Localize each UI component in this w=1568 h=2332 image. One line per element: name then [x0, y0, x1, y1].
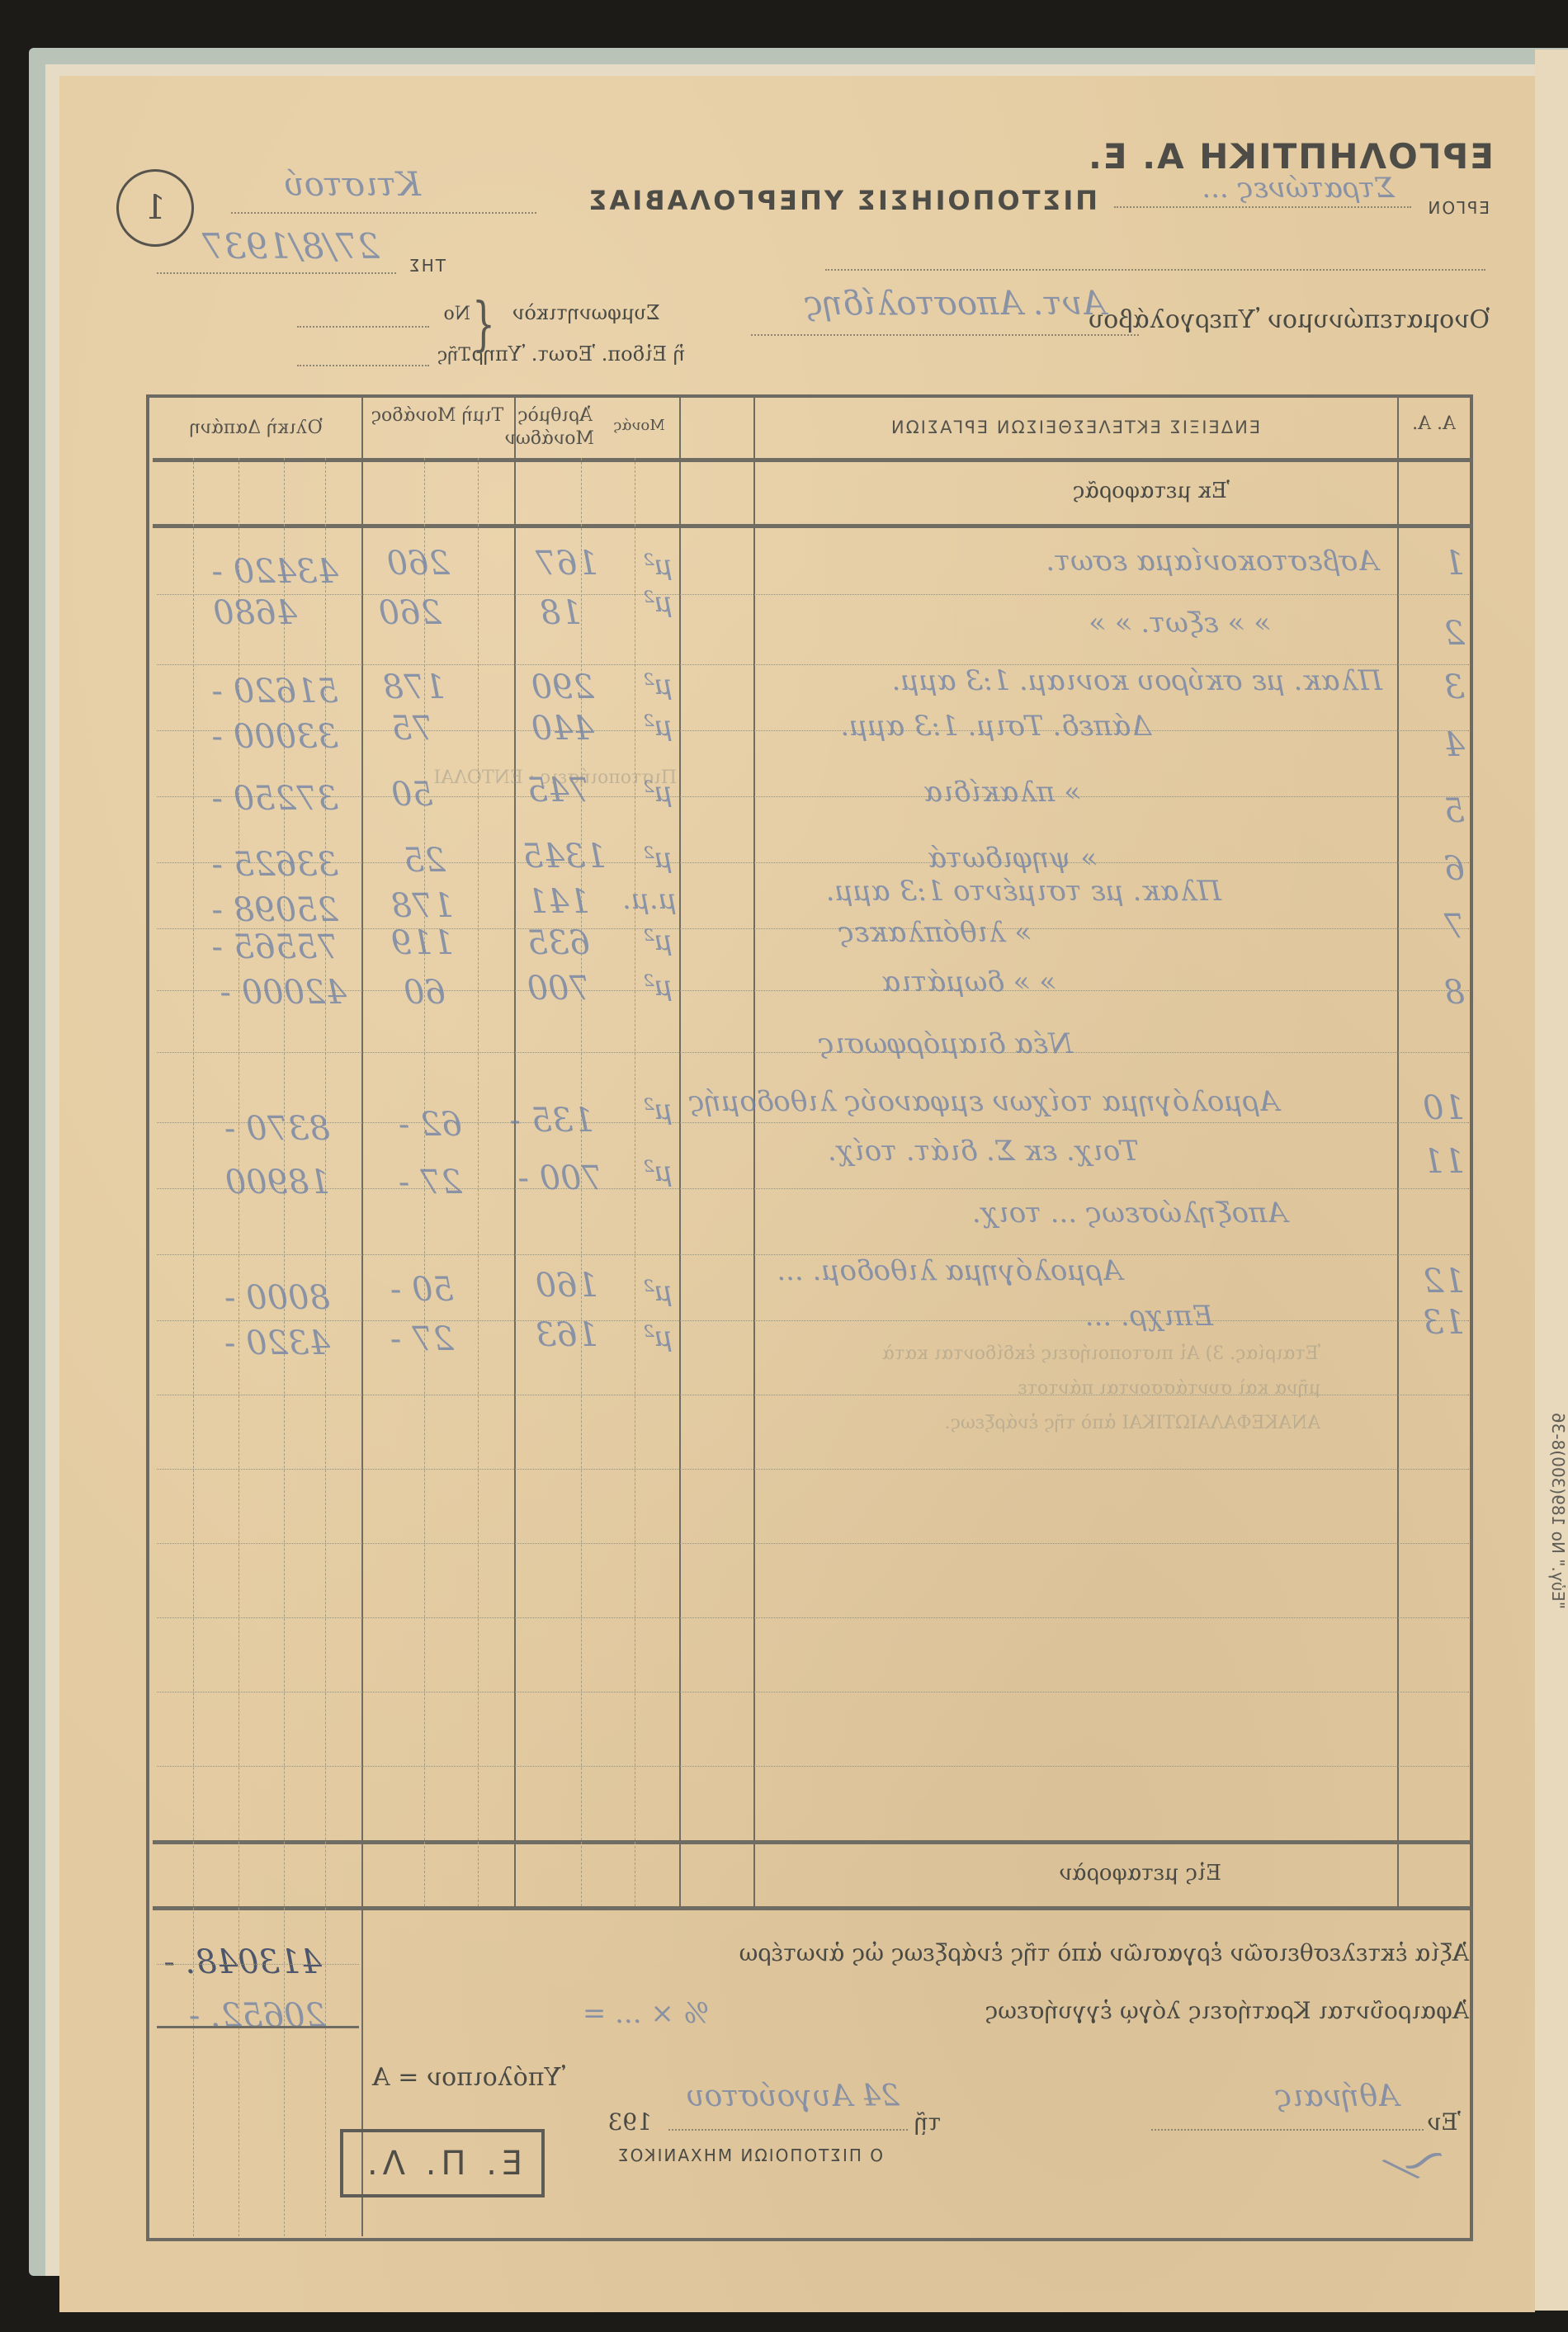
row-7-description: Πλακ. με τσιμέντο 1:3 αμμ.: [826, 875, 1221, 908]
carried-from-label: Ἐκ μεταφορᾶς: [1073, 479, 1230, 503]
header-aa: Α. Α.: [1399, 413, 1469, 436]
row-rule: [157, 796, 1469, 797]
row-12-unit: μ²: [643, 1155, 673, 1188]
col-desc-rule: [753, 394, 755, 1906]
deduction-formula: % × ... =: [583, 1997, 710, 2030]
no-field: [297, 318, 429, 328]
mirrored-document-content: 1 ΕΡΓΟΛΗΠΤΙΚΗ Α. Ε. ΕΡΓΟΝ Στρατώνες ... …: [0, 0, 1568, 2332]
row-6-aa: 6: [1444, 850, 1465, 888]
row-rule: [157, 928, 1469, 929]
row-rule: [157, 1052, 1469, 1053]
row-15-description: Επιχρ. ...: [1085, 1300, 1213, 1333]
col-price-rule: [361, 394, 363, 2236]
row-4-total: 33000 -: [212, 718, 338, 756]
title-suffix-value: Κτιστού: [284, 166, 421, 204]
qty-subrule: [635, 458, 635, 1906]
row-3-price: 178: [383, 668, 446, 706]
deduction-amount: 20652. -: [189, 1997, 326, 2035]
row-9-unit: μ²: [643, 970, 673, 1003]
row-rule: [157, 1188, 1469, 1189]
row-1-quantity: 167: [536, 545, 598, 583]
row-rule: [157, 990, 1469, 991]
date-field: 24 Αυγούστου: [668, 2112, 908, 2131]
row-2-description: » » εξωτ. » »: [1089, 607, 1271, 640]
row-8-description: » λιθόπλακες: [838, 916, 1032, 949]
row-rule: [157, 1766, 1469, 1767]
carried-row-rule: [153, 524, 1473, 528]
row-9-quantity: 700: [527, 970, 590, 1008]
company-name: ΕΡΓΟΛΗΠΤΙΚΗ Α. Ε.: [1087, 136, 1494, 177]
bleed-through-paragraph: Ἑταιρίας. 3) Αἱ πιστοποιήσεις ἐκδίδονται…: [858, 1337, 1320, 1440]
carried-to-label: Εἰς μεταφορὰν: [1059, 1861, 1221, 1886]
row-rule: [157, 730, 1469, 731]
no-label: No: [444, 304, 471, 324]
row-6-unit: μ²: [643, 842, 673, 875]
row-14-quantity: 160: [536, 1267, 598, 1305]
row-15-aa: 13: [1423, 1304, 1465, 1342]
row-2-unit: μ²: [643, 586, 673, 619]
value-dots: [157, 1964, 359, 1965]
row-14-description: Αρμολόγημα λιθοδομ. ...: [777, 1254, 1122, 1287]
row-14-aa: 12: [1423, 1263, 1465, 1301]
header-price: Τιμὴ Μονάδος: [367, 404, 508, 427]
row-1-price: 260: [387, 545, 450, 583]
row-12-aa: 11: [1423, 1143, 1465, 1181]
row-6-description: » ψηφιδωτά: [928, 842, 1098, 875]
tis2-field: [297, 356, 429, 366]
row-1-unit: μ²: [643, 549, 673, 582]
row-15-quantity: 163: [536, 1316, 598, 1354]
summary-top-rule: [153, 1906, 1473, 1910]
contract-label: Συμφωνητικὸν: [512, 301, 660, 324]
row-11-price: 62 -: [399, 1106, 462, 1144]
row-7-aa: 7: [1444, 908, 1465, 946]
row-12-quantity: 700 -: [517, 1159, 602, 1197]
row-2-price: 260: [379, 594, 442, 632]
brace-icon: {: [472, 291, 495, 359]
row-11-total: 8370 -: [224, 1110, 330, 1148]
row-3-aa: 3: [1444, 668, 1465, 706]
title-suffix-field: Κτιστού: [231, 186, 536, 214]
row-13-description: Αποξηλώσεως ... τοιχ.: [972, 1197, 1287, 1230]
row-5-aa: 5: [1444, 792, 1465, 830]
col-unit-rule: [679, 394, 681, 1906]
printer-note-text: "Εὐγ." Νο 189(300)8-36: [1548, 1413, 1568, 1609]
ergon-value: Στρατώνες ...: [1202, 172, 1395, 205]
row-5-price: 50: [391, 776, 433, 814]
deduction-rule: [157, 2026, 359, 2028]
subcontractor-value: Αντ. Αποστολίδης: [805, 285, 1106, 323]
col-qty-rule: [514, 394, 516, 1906]
page-number: 1: [144, 189, 165, 227]
place-field: Αθήναις: [1151, 2112, 1424, 2131]
row-rule: [157, 594, 1469, 595]
row-14-total: 8000 -: [224, 1279, 330, 1317]
remainder-label: Ὑπόλοιπον = Α: [372, 2063, 565, 2092]
row-9-description: » » δωμάτια: [881, 965, 1056, 998]
row-3-description: Πλακ. με σκύρου κονιαμ. 1:3 αμμ.: [892, 664, 1382, 697]
header-description: ΕΝΔΕΙΞΙΣ ΕΚΤΕΛΕΣΘΕΙΣΩΝ ΕΡΓΑΣΙΩΝ: [755, 417, 1395, 438]
carried-to-top-rule: [153, 1840, 1473, 1844]
header-bottom-rule: [153, 458, 1473, 462]
blank-line: [825, 248, 1485, 271]
row-4-quantity: 440: [531, 710, 594, 748]
value-label: Ἀξία ἐκτελεσθεισῶν ἐργασιῶν ἀπὸ τῆς ἐνάρ…: [739, 1939, 1469, 1966]
row-12-total: 18900: [225, 1164, 330, 1201]
row-rule: [157, 1320, 1469, 1321]
row-11-quantity: 135 -: [509, 1102, 594, 1140]
row-15-unit: μ²: [643, 1320, 673, 1353]
tis-value: 27/8/1937: [202, 226, 380, 267]
row-4-description: Δάπεδ. Τσιμ. 1:3 αμμ.: [840, 710, 1151, 743]
header-quantity: Ἀριθμὸς Μονάδων: [516, 404, 594, 450]
row-rule: [157, 1692, 1469, 1692]
stamp-text: Ε. Π. Λ.: [362, 2145, 522, 2183]
row-2-quantity: 18: [540, 594, 582, 632]
row-15-price: 27 -: [390, 1320, 454, 1358]
year-prefix: 193: [608, 2108, 652, 2136]
row-8-quantity: 635: [527, 924, 590, 962]
row-3-unit: μ²: [643, 668, 673, 701]
row-1-total: 43420 -: [212, 553, 338, 591]
tis2-label: Τῆς: [437, 345, 470, 366]
subcontractor-field: Αντ. Αποστολίδης: [751, 309, 1139, 336]
subcontractor-label: Ὀνοματεπώνυμον Ὑπεργολάβου: [1089, 305, 1490, 334]
tis-field: 27/8/1937: [157, 248, 396, 274]
row-1-aa: 1: [1444, 545, 1465, 583]
row-2-total: 4680: [213, 594, 297, 632]
col-aa-rule: [1397, 394, 1399, 1906]
row-12-price: 27 -: [399, 1164, 462, 1201]
row-1-description: Ασβεστοκονίαμα εσωτ.: [1046, 545, 1378, 578]
price-subrule: [478, 458, 479, 1906]
header-total: Ὀλικὴ Δαπάνη: [157, 417, 355, 440]
row-8-price: 119: [391, 924, 454, 962]
engineer-label: Ο ΠΙΣΤΟΠΟΙΩΝ ΜΗΧΑΝΙΚΟΣ: [616, 2146, 883, 2165]
row-5-description: » πλακίδια: [923, 776, 1081, 809]
row-15-total: 4320 -: [224, 1324, 330, 1362]
row-6-total: 33625 -: [212, 846, 338, 884]
row-6-quantity: 1345: [522, 838, 607, 876]
row-7-quantity: 141: [527, 883, 590, 921]
row-11-unit: μ²: [643, 1093, 673, 1126]
date-label: τῇ: [914, 2108, 941, 2136]
row-4-unit: μ²: [643, 710, 673, 743]
row-9-total: 42000 -: [220, 974, 347, 1012]
row-11-description: Αρμολόγημα τοίχων εμφανούς λιθοδομής: [689, 1085, 1279, 1118]
row-7-unit: μ.μ.: [622, 883, 677, 916]
row-14-unit: μ²: [643, 1275, 673, 1308]
epl-stamp: Ε. Π. Λ.: [340, 2129, 545, 2197]
ergon-field: Στρατώνες ...: [1114, 183, 1411, 208]
row-3-total: 51620 -: [212, 673, 338, 710]
row-rule: [157, 1617, 1469, 1618]
ergon-label: ΕΡΓΟΝ: [1426, 198, 1490, 218]
row-14-price: 50 -: [390, 1271, 454, 1309]
row-4-aa: 4: [1444, 726, 1465, 764]
row-7-total: 25098 -: [212, 891, 338, 929]
row-rule: [157, 1543, 1469, 1544]
row-9-price: 60: [404, 974, 446, 1012]
row-7-price: 178: [391, 887, 454, 925]
row-2-aa: 2: [1444, 615, 1465, 653]
row-10-description: Νέα διαμόρφωσις: [819, 1027, 1073, 1060]
value-amount: 413048. -: [163, 1943, 322, 1981]
row-8-unit: μ²: [643, 924, 673, 957]
contract-sub-label: ἢ Εἰδοπ. Ἐσωτ. Ὑπηρ.: [465, 342, 685, 366]
date-value: 24 Αυγούστου: [687, 2079, 900, 2113]
printer-note: "Εὐγ." Νο 189(300)8-36: [1548, 1413, 1568, 1609]
row-6-price: 25: [404, 842, 446, 880]
row-12-description: Τοιχ. εκ Σ. διάτ. τοίχ.: [828, 1135, 1139, 1168]
row-rule: [157, 1469, 1469, 1470]
deduction-label: Ἀφαιροῦνται Κρατήσεις λόγῳ ἐγγυήσεως: [985, 1997, 1469, 2024]
row-4-price: 75: [391, 710, 433, 748]
row-8-aa: 8: [1444, 974, 1465, 1012]
row-5-total: 37250 -: [212, 780, 338, 818]
place-value: Αθήναις: [1275, 2079, 1399, 2113]
row-3-quantity: 290: [531, 668, 594, 706]
document-title: ΠΙΣΤΟΠΟΙΗΣΙΣ ΥΠΕΡΓΟΛΑΒΙΑΣ: [587, 185, 1098, 216]
page-number-circle: 1: [116, 169, 194, 247]
tis-label: ΤΗΣ: [408, 256, 446, 276]
bleed-through-text: Πιστοποιήσεις · ΕΝΤΟΛΑΙ: [433, 767, 677, 788]
row-rule: [157, 862, 1469, 863]
row-8-total: 75565 -: [212, 928, 338, 966]
header-unit: Μονάς: [600, 417, 678, 436]
row-rule: [157, 1122, 1469, 1123]
row-11-aa: 10: [1423, 1089, 1465, 1127]
